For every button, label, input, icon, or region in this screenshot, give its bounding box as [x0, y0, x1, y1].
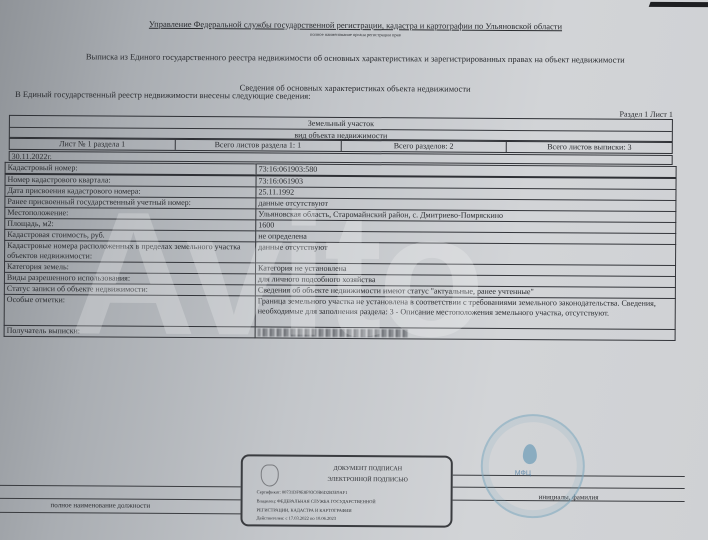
section-label: Раздел 1 Лист 1 [620, 110, 673, 119]
seal-text: МФЦ [515, 470, 531, 477]
seal-emblem [523, 444, 537, 464]
sheets-in-section: Всего листов раздела 1: 1 [175, 140, 341, 151]
signature-line [0, 485, 241, 487]
signature-line [0, 512, 241, 514]
intro-text: В Единый государственный реестр недвижим… [15, 89, 311, 101]
stamp-title-1: ДОКУМЕНТ ПОДПИСАН [293, 466, 443, 473]
e-signature-stamp: ДОКУМЕНТ ПОДПИСАН ЭЛЕКТРОННОЙ ПОДПИСЬЮ С… [240, 454, 452, 527]
stamp-certificate: Сертификат: 00731DF9E8F93C0B6D2B3E9AF1 [257, 489, 348, 495]
signature-line [0, 498, 241, 500]
position-caption: полное наименование должности [51, 501, 151, 510]
stamp-owner-2: РЕГИСТРАЦИИ, КАДАСТРА И КАРТОГРАФИИ [257, 507, 352, 513]
total-sheets: Всего листов выписки: 3 [507, 142, 672, 153]
photo-edge [649, 2, 708, 7]
sheet-number: Лист № 1 раздела 1 [10, 139, 176, 150]
stamp-owner-1: Владелец: ФЕДЕРАЛЬНАЯ СЛУЖБА ГОСУДАРСТВЕ… [257, 498, 376, 504]
mfc-seal-icon: МФЦ [480, 414, 585, 519]
stamp-validity: Действителен: с 17.03.2022 по 10.06.2023 [256, 515, 336, 520]
extract-title: Выписка из Единого государственного реес… [1, 51, 708, 65]
total-sections: Всего разделов: 2 [341, 141, 507, 152]
egrn-extract-page: Управление Федеральной службы государств… [0, 0, 708, 540]
stamp-title-2: ЭЛЕКТРОННОЙ ПОДПИСЬЮ [293, 477, 443, 484]
watermark: Avito [69, 173, 481, 377]
coat-of-arms-icon [261, 464, 279, 486]
